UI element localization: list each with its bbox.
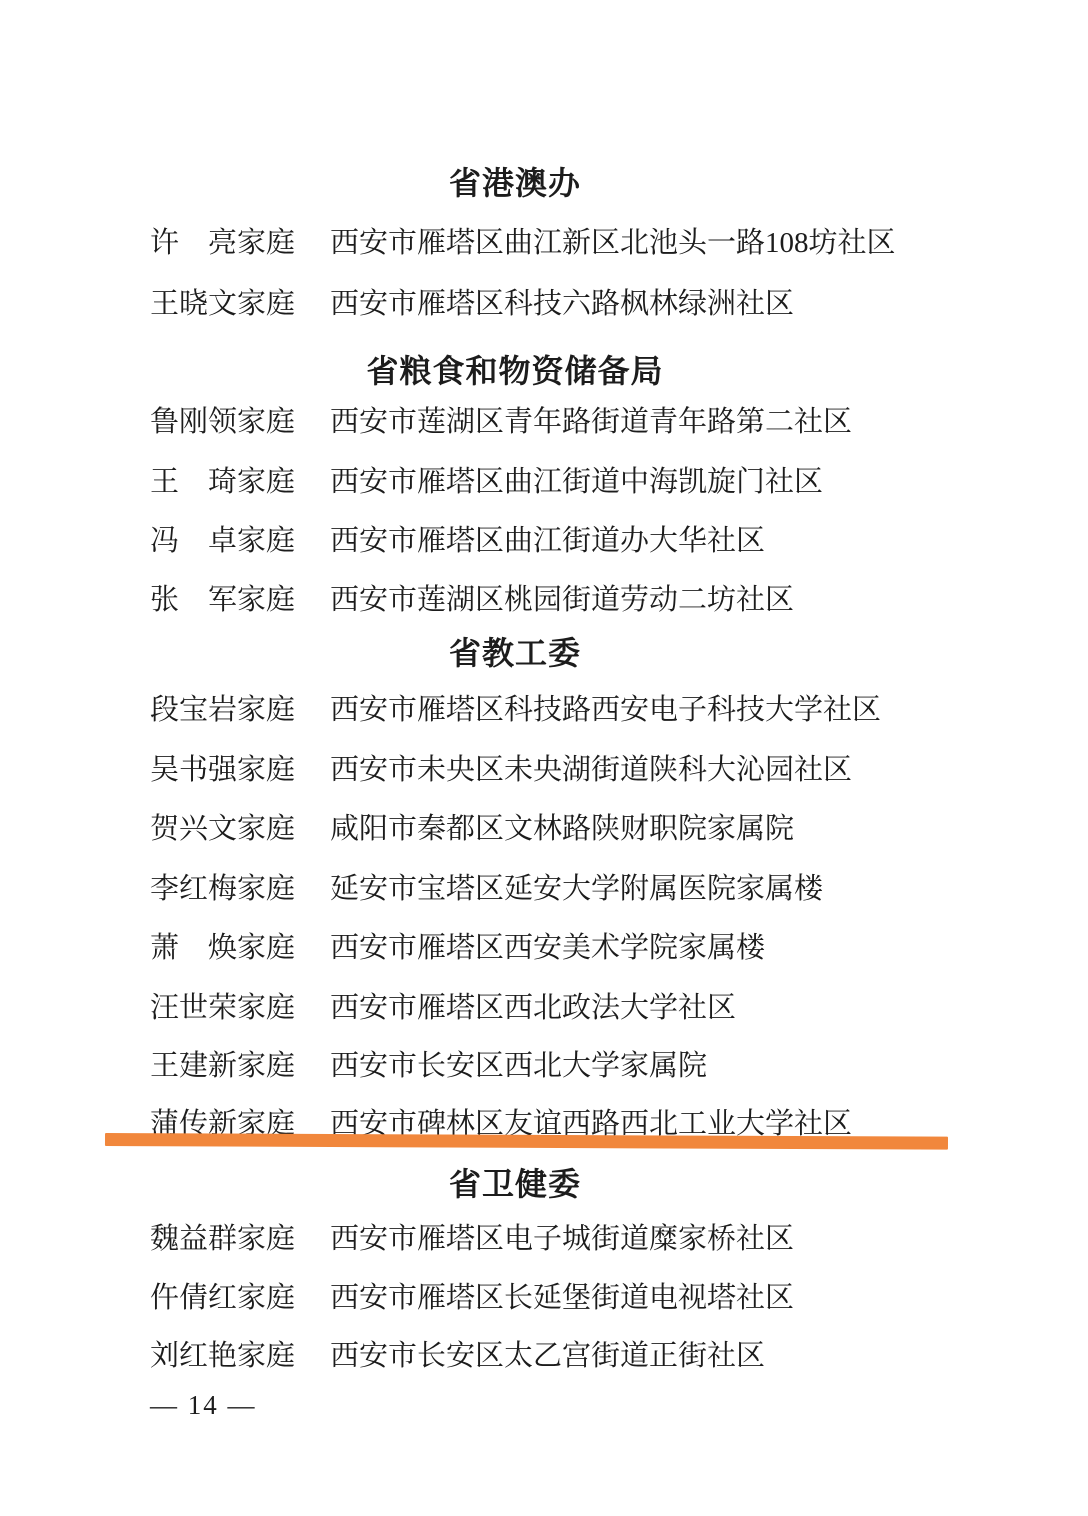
family-name: 萧 焕家庭 [150, 925, 300, 966]
family-address: 西安市莲湖区桃园街道劳动二坊社区 [330, 577, 794, 618]
family-row: 刘红艳家庭 西安市长安区太乙宫街道正街社区 [150, 1333, 300, 1374]
family-address: 西安市雁塔区西北政法大学社区 [330, 985, 736, 1026]
family-row: 仵倩红家庭 西安市雁塔区长延堡街道电视塔社区 [150, 1275, 300, 1316]
family-address: 西安市雁塔区科技六路枫林绿洲社区 [330, 281, 794, 322]
family-row: 段宝岩家庭 西安市雁塔区科技路西安电子科技大学社区 [150, 687, 300, 728]
section-heading: 省教工委 [0, 628, 1030, 674]
section-heading: 省港澳办 [0, 158, 1030, 204]
family-address: 西安市莲湖区青年路街道青年路第二社区 [330, 399, 852, 440]
family-name: 张 军家庭 [150, 577, 300, 618]
family-row: 许 亮家庭 西安市雁塔区曲江新区北池头一路108坊社区 [150, 220, 300, 261]
document-page: 省港澳办 许 亮家庭 西安市雁塔区曲江新区北池头一路108坊社区 王晓文家庭 西… [0, 0, 1088, 1516]
family-name: 刘红艳家庭 [150, 1333, 300, 1374]
family-name: 段宝岩家庭 [150, 687, 300, 728]
family-name: 李红梅家庭 [150, 866, 300, 907]
family-row: 王晓文家庭 西安市雁塔区科技六路枫林绿洲社区 [150, 281, 300, 322]
family-row: 萧 焕家庭 西安市雁塔区西安美术学院家属楼 [150, 925, 300, 966]
family-name: 贺兴文家庭 [150, 806, 300, 847]
section-heading: 省粮食和物资储备局 [0, 346, 1030, 392]
family-row: 王 琦家庭 西安市雁塔区曲江街道中海凯旋门社区 [150, 459, 300, 500]
family-address: 西安市雁塔区西安美术学院家属楼 [330, 925, 765, 966]
family-row: 冯 卓家庭 西安市雁塔区曲江街道办大华社区 [150, 518, 300, 559]
section-heading: 省卫健委 [0, 1159, 1030, 1205]
family-name: 鲁刚领家庭 [150, 399, 300, 440]
family-row: 贺兴文家庭 咸阳市秦都区文林路陕财职院家属院 [150, 806, 300, 847]
family-name: 魏益群家庭 [150, 1216, 300, 1257]
family-name: 吴书强家庭 [150, 747, 300, 788]
family-address: 西安市雁塔区科技路西安电子科技大学社区 [330, 687, 881, 728]
family-name: 冯 卓家庭 [150, 518, 300, 559]
family-row: 鲁刚领家庭 西安市莲湖区青年路街道青年路第二社区 [150, 399, 300, 440]
family-name: 王建新家庭 [150, 1043, 300, 1084]
family-name: 仵倩红家庭 [150, 1275, 300, 1316]
family-name: 王晓文家庭 [150, 281, 300, 322]
family-address: 西安市雁塔区曲江新区北池头一路108坊社区 [330, 220, 896, 261]
family-address: 西安市长安区太乙宫街道正街社区 [330, 1333, 765, 1374]
family-row: 吴书强家庭 西安市未央区未央湖街道陕科大沁园社区 [150, 747, 300, 788]
page-number: — 14 — [150, 1390, 257, 1421]
family-name: 许 亮家庭 [150, 220, 300, 261]
family-name: 王 琦家庭 [150, 459, 300, 500]
family-row: 李红梅家庭 延安市宝塔区延安大学附属医院家属楼 [150, 866, 300, 907]
family-address: 西安市未央区未央湖街道陕科大沁园社区 [330, 747, 852, 788]
family-name: 汪世荣家庭 [150, 985, 300, 1026]
family-address: 西安市雁塔区曲江街道中海凯旋门社区 [330, 459, 823, 500]
family-address: 延安市宝塔区延安大学附属医院家属楼 [330, 866, 823, 907]
family-row: 魏益群家庭 西安市雁塔区电子城街道糜家桥社区 [150, 1216, 300, 1257]
family-row: 张 军家庭 西安市莲湖区桃园街道劳动二坊社区 [150, 577, 300, 618]
family-address: 西安市长安区西北大学家属院 [330, 1043, 707, 1084]
family-address: 咸阳市秦都区文林路陕财职院家属院 [330, 806, 794, 847]
family-address: 西安市雁塔区曲江街道办大华社区 [330, 518, 765, 559]
family-address: 西安市雁塔区长延堡街道电视塔社区 [330, 1275, 794, 1316]
family-row: 王建新家庭 西安市长安区西北大学家属院 [150, 1043, 300, 1084]
family-row: 汪世荣家庭 西安市雁塔区西北政法大学社区 [150, 985, 300, 1026]
highlight-underline-bar [105, 1133, 948, 1150]
family-address: 西安市雁塔区电子城街道糜家桥社区 [330, 1216, 794, 1257]
